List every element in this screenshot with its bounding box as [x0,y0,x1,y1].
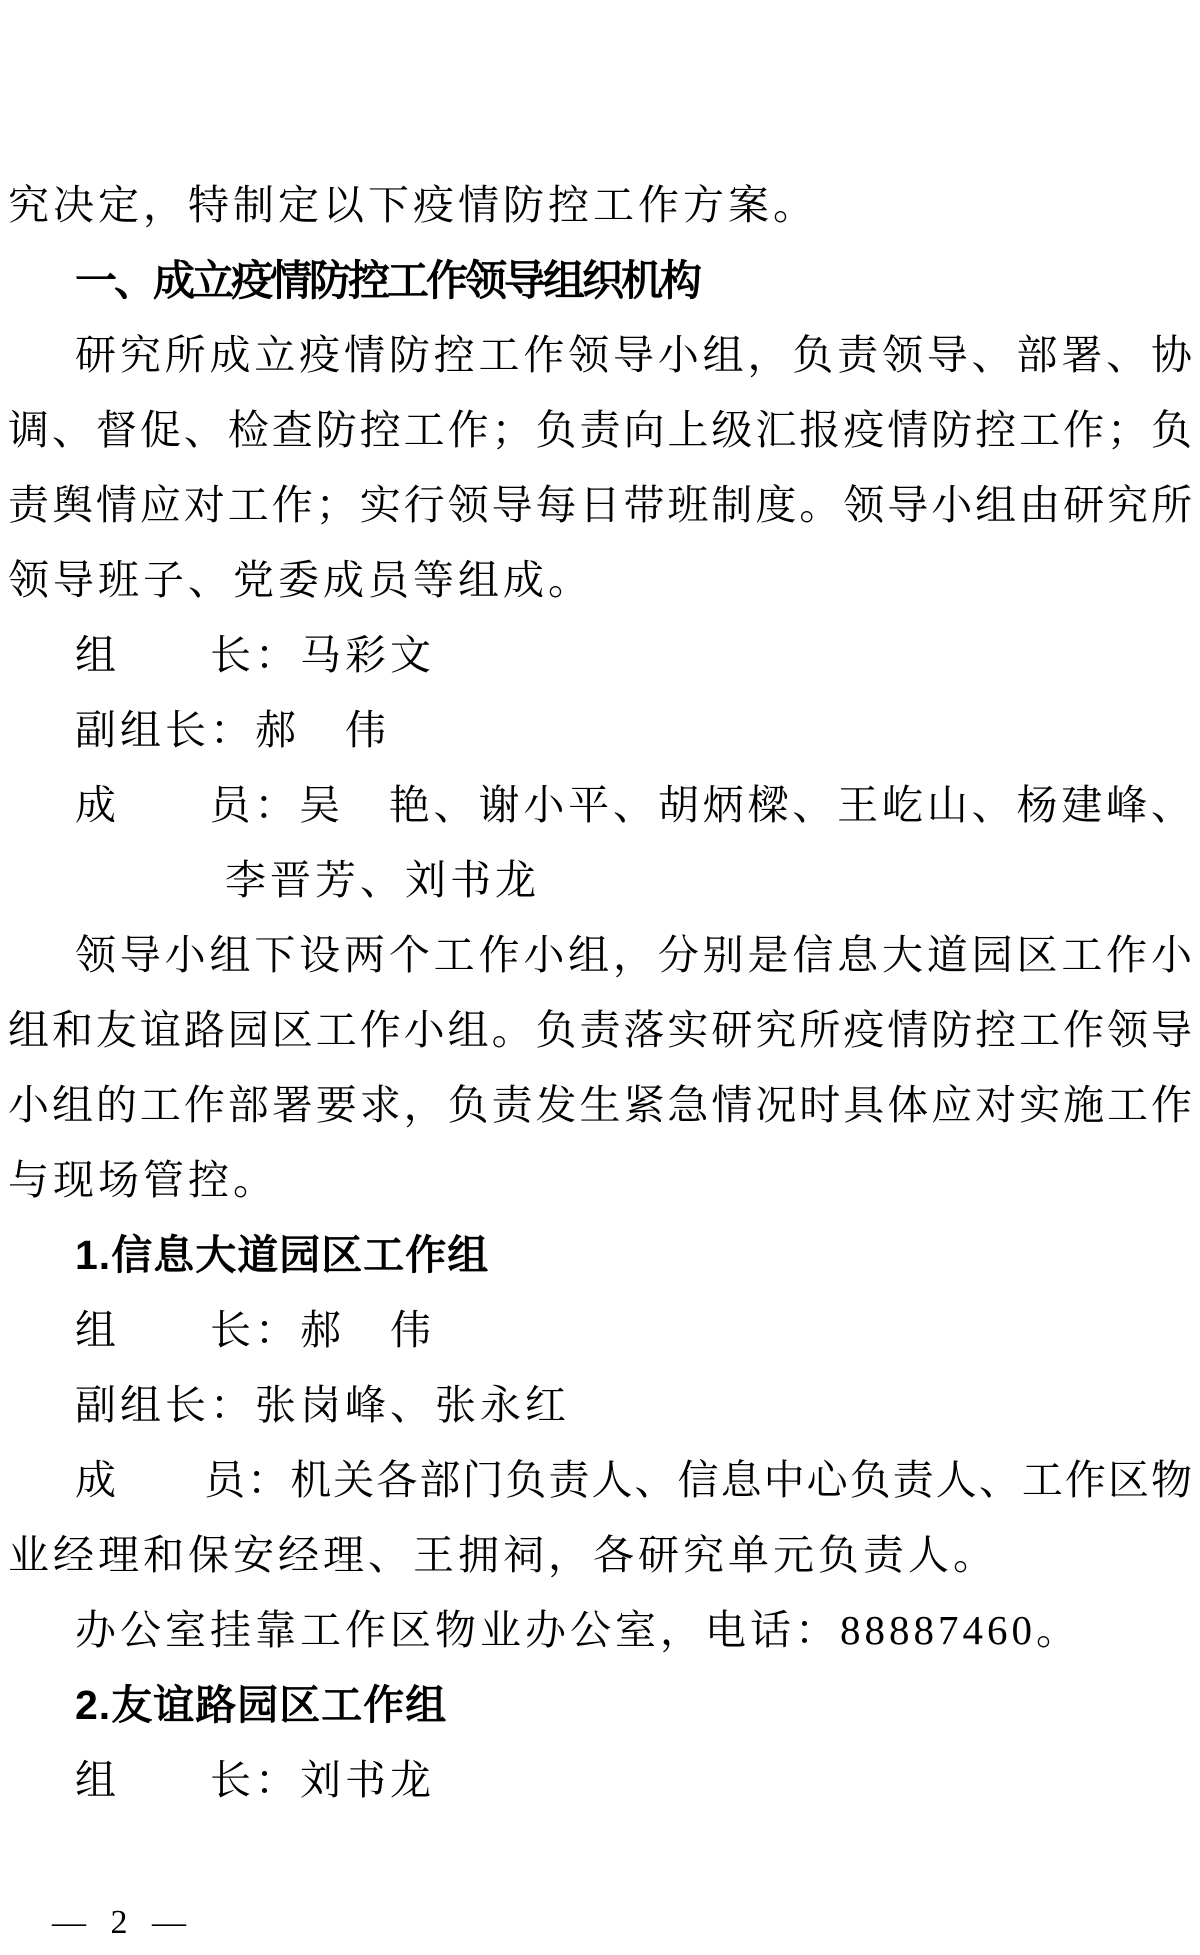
text-line: 成 员：机关各部门负责人、信息中心负责人、工作区物 [8,1443,1192,1518]
text-line: 李晋芳、刘书龙 [8,843,1192,918]
text-line: 领导班子、党委成员等组成。 [8,543,1192,618]
text-line: 副组长：郝 伟 [8,693,1192,768]
text-line: 研究所成立疫情防控工作领导小组，负责领导、部署、协 [8,318,1192,393]
section-heading: 1.信息大道园区工作组 [8,1218,1192,1293]
text-line: 组 长：郝 伟 [8,1293,1192,1368]
text-line: 调、督促、检查防控工作；负责向上级汇报疫情防控工作；负 [8,393,1192,468]
text-line: 办公室挂靠工作区物业办公室，电话：88887460。 [8,1593,1192,1668]
document-body: 究决定，特制定以下疫情防控工作方案。一、成立疫情防控工作领导组织机构研究所成立疫… [8,168,1192,1818]
text-line: 业经理和保安经理、王拥祠，各研究单元负责人。 [8,1518,1192,1593]
section-heading: 2.友谊路园区工作组 [8,1668,1192,1743]
text-line: 组 长：刘书龙 [8,1743,1192,1818]
text-line: 责舆情应对工作；实行领导每日带班制度。领导小组由研究所 [8,468,1192,543]
text-line: 副组长：张岗峰、张永红 [8,1368,1192,1443]
text-line: 究决定，特制定以下疫情防控工作方案。 [8,168,1192,243]
text-line: 与现场管控。 [8,1143,1192,1218]
text-line: 组 长：马彩文 [8,618,1192,693]
text-line: 小组的工作部署要求，负责发生紧急情况时具体应对实施工作 [8,1068,1192,1143]
section-heading: 一、成立疫情防控工作领导组织机构 [8,243,1192,318]
page-number: — 2 — [52,1903,194,1943]
text-line: 领导小组下设两个工作小组，分别是信息大道园区工作小 [8,918,1192,993]
text-line: 成 员：吴 艳、谢小平、胡炳樑、王屹山、杨建峰、 [8,768,1192,843]
text-line: 组和友谊路园区工作小组。负责落实研究所疫情防控工作领导 [8,993,1192,1068]
